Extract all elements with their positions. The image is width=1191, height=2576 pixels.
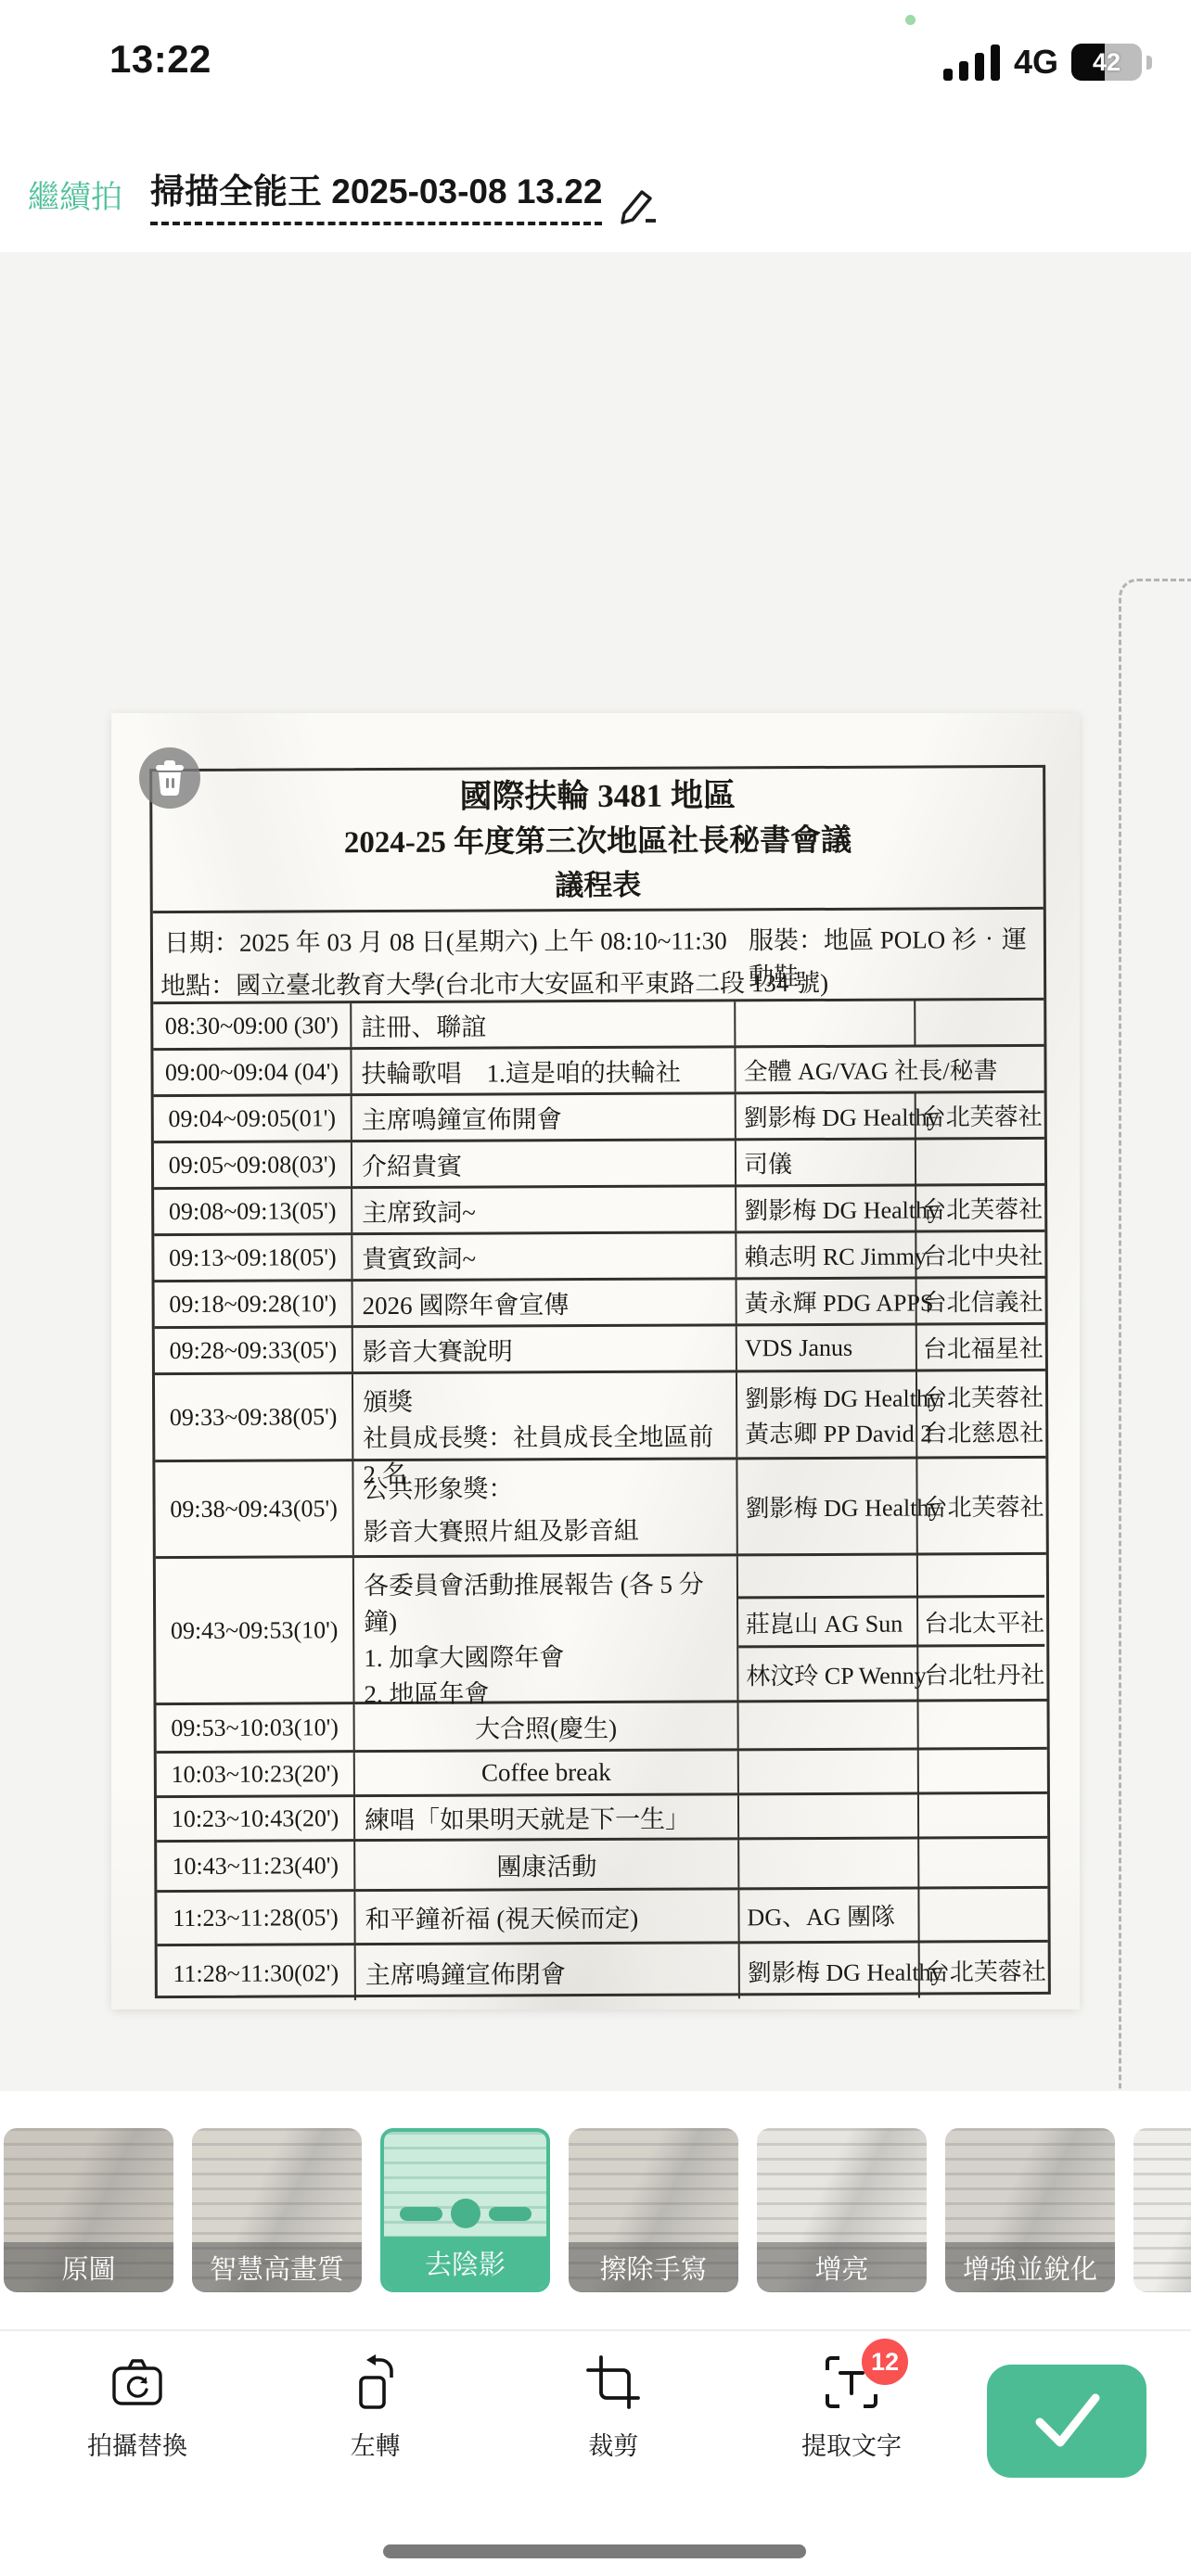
bottom-sheet: 原圖 智慧高畫質 去陰影 擦除手寫 增亮 增強並銳化	[0, 2091, 1191, 2576]
toolbar-label: 左轉	[351, 2426, 401, 2462]
club-cell: 台北芙蓉社	[920, 1943, 1052, 1998]
table-row: 09:53~10:03(10') 大合照(慶生)	[157, 1699, 1047, 1751]
app-header: 繼續拍 掃描全能王 2025-03-08 13.22	[28, 163, 1172, 224]
cell-line: 大合照(慶生)	[475, 1708, 617, 1745]
time-cell: 09:04~09:05(01')	[154, 1096, 352, 1141]
pencil-icon[interactable]	[617, 183, 660, 225]
activity-cell: 主席致詞~	[352, 1187, 736, 1232]
cell-line: 黃永輝 PDG APPS	[745, 1284, 908, 1320]
cell-line: 台北福星社	[923, 1330, 1044, 1365]
table-row: 10:23~10:43(20') 練唱「如果明天就是下一生」	[157, 1792, 1047, 1840]
time-cell: 09:33~09:38(05')	[155, 1374, 353, 1460]
camera-indicator-dot	[905, 15, 916, 25]
toolbar-item-retake[interactable]: 拍攝替換	[35, 2353, 239, 2462]
cell-line: 台北牡丹社	[924, 1655, 1044, 1690]
cell-line: 2026 國際年會宣傳	[363, 1283, 726, 1321]
document-viewer: 國際扶輪 3481 地區 2024-25 年度第三次地區社長秘書會議 議程表 日…	[0, 252, 1191, 2091]
time-cell: 09:38~09:43(05')	[155, 1461, 353, 1556]
cell-line: 註冊、聯誼	[361, 1005, 724, 1043]
person-cell	[736, 1001, 916, 1046]
person-club-stack: 莊崑山 AG Sun 台北太平社 林汶玲 CP Wenny 台北牡丹社	[738, 1555, 1045, 1700]
time-cell: 09:00~09:04 (04')	[153, 1050, 352, 1094]
camera-replace-icon	[109, 2353, 166, 2411]
cell-line: 台北芙蓉社	[922, 1191, 1043, 1226]
person-cell	[739, 1795, 919, 1838]
cell-line: 全體 AG/VAG 社長/秘書	[743, 1052, 1034, 1087]
location-line: 地點：國立臺北教育大學(台北市大安區和平東路二段 134 號)	[160, 963, 828, 1001]
club-cell: 台北信義社	[917, 1279, 1049, 1323]
person-cell: 司儀	[736, 1141, 916, 1185]
cell-line: 台北芙蓉社	[924, 1488, 1044, 1524]
toolbar-divider	[0, 2329, 1191, 2331]
signal-icon	[943, 44, 1001, 81]
activity-cell: 2026 國際年會宣傳	[353, 1280, 737, 1325]
cell-line: 莊崑山 AG Sun	[746, 1604, 903, 1639]
table-row: 09:08~09:13(05') 主席致詞~ 劉影梅 DG Healthy 台北…	[154, 1183, 1044, 1233]
time-cell: 10:43~11:23(40')	[157, 1842, 355, 1890]
cell-line: 練唱「如果明天就是下一生」	[365, 1798, 728, 1836]
check-icon	[1025, 2389, 1108, 2454]
agenda-title-line2: 2024-25 年度第三次地區社長秘書會議	[152, 818, 1043, 866]
shadow-slider-icon	[384, 2199, 546, 2228]
extract-text-icon: 12	[823, 2353, 880, 2411]
cell-line: 影音大賽說明	[363, 1330, 726, 1368]
toolbar-item-rotate-left[interactable]: 左轉	[274, 2353, 478, 2462]
time-cell: 09:43~09:53(10')	[156, 1558, 355, 1702]
club-cell: 台北芙蓉社 台北慈恩社	[917, 1371, 1049, 1457]
toolbar-label: 拍攝替換	[87, 2426, 187, 2462]
filter-label: 智慧高畫質	[192, 2242, 362, 2292]
person-cell: DG、AG 團隊	[739, 1890, 919, 1942]
rotate-left-icon	[347, 2353, 404, 2411]
person-cell: 劉影梅 DG Healthy	[737, 1460, 917, 1554]
table-row: 11:23~11:28(05') 和平鐘祈福 (視天候而定) DG、AG 團隊	[157, 1886, 1047, 1944]
cell-line: 介紹貴賓	[362, 1144, 725, 1182]
cell-line: 劉影梅 DG Healthy	[748, 1954, 911, 1989]
cell-line: 台北慈恩社	[923, 1414, 1044, 1449]
time-cell: 10:03~10:23(20')	[157, 1753, 355, 1795]
person-cell: 全體 AG/VAG 社長/秘書	[736, 1047, 1042, 1091]
club-cell	[916, 1140, 1044, 1184]
filter-item-smart-hd[interactable]: 智慧高畫質	[192, 2128, 362, 2292]
cell-line: 台北中央社	[922, 1237, 1043, 1272]
cell-line: Coffee break	[481, 1758, 611, 1788]
activity-cell: 團康活動	[355, 1840, 739, 1889]
time-cell: 09:53~10:03(10')	[157, 1704, 355, 1751]
document-title[interactable]: 掃描全能王 2025-03-08 13.22	[150, 163, 602, 225]
cell-line: 劉影梅 DG Healthy	[746, 1489, 909, 1524]
cell-line: 影音大賽照片組及影音組	[364, 1510, 727, 1548]
crop-icon	[584, 2353, 642, 2411]
toolbar: 拍攝替換 左轉 裁剪	[35, 2353, 954, 2462]
club-cell: 台北芙蓉社	[916, 1093, 1048, 1138]
activity-cell: Coffee break	[355, 1751, 739, 1794]
activity-cell: 練唱「如果明天就是下一生」	[355, 1795, 739, 1839]
table-row: 09:28~09:33(05') 影音大賽說明 VDS Janus 台北福星社	[155, 1322, 1045, 1372]
filter-label: 增亮	[757, 2242, 927, 2292]
agenda-table: 國際扶輪 3481 地區 2024-25 年度第三次地區社長秘書會議 議程表 日…	[149, 765, 1051, 1998]
table-row: 10:43~11:23(40') 團康活動	[157, 1836, 1047, 1890]
battery-percent: 42	[1071, 44, 1142, 81]
club-cell: 台北芙蓉社	[916, 1186, 1048, 1231]
activity-cell: 扶輪歌唱 1.這是咱的扶輪社	[352, 1048, 736, 1093]
cell-line: 頒獎	[363, 1380, 726, 1418]
table-row: 09:05~09:08(03') 介紹貴賓 司儀	[154, 1137, 1044, 1187]
club-cell	[919, 1702, 1047, 1748]
filter-label: 擦除手寫	[569, 2242, 738, 2292]
activity-cell: 主席鳴鐘宣佈開會	[352, 1094, 736, 1140]
table-row: 09:04~09:05(01') 主席鳴鐘宣佈開會 劉影梅 DG Healthy…	[154, 1090, 1044, 1141]
activity-cell: 和平鐘祈福 (視天候而定)	[355, 1890, 739, 1943]
table-row: 08:30~09:00 (30') 註冊、聯誼	[153, 998, 1044, 1048]
confirm-button[interactable]	[987, 2365, 1146, 2478]
date-line: 日期：2025 年 03 月 08 日(星期六) 上午 08:10~11:30	[164, 920, 727, 959]
activity-cell: 影音大賽說明	[353, 1326, 737, 1371]
activity-cell: 各委員會活動推展報告 (各 5 分鐘) 1. 加拿大國際年會 2. 地區年會	[354, 1556, 739, 1702]
cell-line: 台北芙蓉社	[923, 1379, 1044, 1414]
cell-line: 主席鳴鐘宣佈開會	[362, 1098, 725, 1136]
time-cell: 09:13~09:18(05')	[154, 1235, 352, 1280]
cell-line: 1. 加拿大國際年會	[364, 1636, 727, 1674]
table-row: 09:00~09:04 (04') 扶輪歌唱 1.這是咱的扶輪社 全體 AG/V…	[153, 1044, 1044, 1094]
table-row: 09:43~09:53(10') 各委員會活動推展報告 (各 5 分鐘) 1. …	[156, 1552, 1047, 1702]
activity-cell: 主席鳴鐘宣佈閉會	[356, 1944, 740, 2000]
time-cell: 09:08~09:13(05')	[154, 1189, 352, 1233]
toolbar-item-extract-text[interactable]: 12 提取文字	[749, 2353, 954, 2462]
person-cell	[739, 1751, 919, 1793]
network-type: 4G	[1014, 43, 1058, 82]
club-cell	[919, 1750, 1047, 1792]
filter-item-partial[interactable]	[1133, 2128, 1191, 2292]
person-cell: 劉影梅 DG Healthy	[740, 1944, 920, 1999]
club-cell	[918, 1555, 1044, 1596]
activity-cell: 公共形象獎： 影音大賽照片組及影音組	[353, 1460, 737, 1555]
person-cell: 林汶玲 CP Wenny	[738, 1648, 918, 1701]
cell-line: 主席鳴鐘宣佈閉會	[365, 1953, 729, 1991]
sub-row: 林汶玲 CP Wenny 台北牡丹社	[738, 1644, 1044, 1700]
club-cell	[919, 1794, 1047, 1837]
filter-item-remove-shadow[interactable]: 去陰影	[380, 2128, 550, 2292]
scanned-page[interactable]: 國際扶輪 3481 地區 2024-25 年度第三次地區社長秘書會議 議程表 日…	[111, 713, 1080, 2009]
continue-shoot-button[interactable]: 繼續拍	[28, 172, 122, 217]
table-row: 09:13~09:18(05') 貴賓致詞~ 賴志明 RC Jimmy 台北中央…	[154, 1230, 1044, 1280]
person-cell: 賴志明 RC Jimmy	[736, 1233, 916, 1278]
activity-cell: 頒獎 社員成長獎：社員成長全地區前 2 名	[353, 1372, 737, 1459]
cell-line: 主席致詞~	[362, 1191, 725, 1229]
club-cell: 台北牡丹社	[918, 1647, 1050, 1699]
cell-line: 和平鐘祈福 (視天候而定)	[365, 1897, 728, 1935]
cell-line: 台北芙蓉社	[922, 1098, 1043, 1133]
status-time: 13:22	[109, 37, 211, 82]
filter-label: 增強並銳化	[945, 2242, 1115, 2292]
sub-row	[738, 1555, 1044, 1597]
club-cell: 台北太平社	[918, 1598, 1050, 1645]
cell-line: 台北芙蓉社	[926, 1953, 1046, 1988]
table-row: 09:38~09:43(05') 公共形象獎： 影音大賽照片組及影音組 劉影梅 …	[155, 1456, 1045, 1556]
toolbar-label: 提取文字	[801, 2426, 902, 2462]
cell-line: 黃志卿 PP David 2	[745, 1415, 908, 1450]
next-page-placeholder	[1119, 579, 1191, 2147]
cell-line: 公共形象獎：	[363, 1467, 726, 1505]
person-cell	[738, 1556, 918, 1597]
trash-icon	[154, 760, 186, 796]
club-cell	[919, 1889, 1047, 1941]
time-cell: 09:05~09:08(03')	[154, 1142, 352, 1187]
person-cell: 黃永輝 PDG APPS	[737, 1280, 917, 1324]
activity-cell: 註冊、聯誼	[352, 1001, 736, 1047]
cell-line: DG、AG 團隊	[747, 1898, 910, 1933]
person-cell: 劉影梅 DG Healthy 黃志卿 PP David 2	[737, 1372, 917, 1458]
agenda-info-box: 日期：2025 年 03 月 08 日(星期六) 上午 08:10~11:30 …	[153, 907, 1044, 1001]
battery-icon: 42	[1071, 44, 1142, 81]
activity-cell: 大合照(慶生)	[355, 1702, 739, 1750]
activity-cell: 介紹貴賓	[352, 1141, 736, 1186]
table-row: 09:18~09:28(10') 2026 國際年會宣傳 黃永輝 PDG APP…	[155, 1276, 1045, 1326]
filter-label: 原圖	[4, 2242, 173, 2292]
activity-cell: 貴賓致詞~	[352, 1233, 736, 1279]
cell-line: 賴志明 RC Jimmy	[744, 1238, 907, 1273]
status-icons: 4G 42	[943, 43, 1152, 82]
document-title-wrap[interactable]: 掃描全能王 2025-03-08 13.22	[150, 163, 660, 225]
club-cell: 台北福星社	[917, 1325, 1049, 1370]
time-cell: 08:30~09:00 (30')	[153, 1003, 352, 1048]
filter-label: 去陰影	[384, 2237, 546, 2289]
cell-line: 林汶玲 CP Wenny	[746, 1656, 927, 1691]
time-cell: 10:23~10:43(20')	[157, 1797, 355, 1840]
battery-cap	[1146, 56, 1152, 70]
person-cell	[739, 1840, 919, 1888]
filter-item-enhance-sharpen[interactable]: 增強並銳化	[945, 2128, 1115, 2292]
cell-line: 各委員會活動推展報告 (各 5 分鐘)	[364, 1563, 727, 1638]
cell-line: 團康活動	[496, 1846, 596, 1882]
time-cell: 11:28~11:30(02')	[158, 1945, 356, 2001]
time-cell: 09:18~09:28(10')	[155, 1282, 353, 1326]
filter-item-erase-handwriting[interactable]: 擦除手寫	[569, 2128, 738, 2292]
table-row: 11:28~11:30(02') 主席鳴鐘宣佈閉會 劉影梅 DG Healthy…	[158, 1940, 1048, 2001]
delete-page-button[interactable]	[139, 747, 200, 809]
cell-line: 台北信義社	[923, 1283, 1044, 1319]
cell-line: 劉影梅 DG Healthy	[744, 1192, 907, 1227]
toolbar-item-crop[interactable]: 裁剪	[511, 2353, 715, 2462]
agenda-title-line3: 議程表	[153, 862, 1044, 909]
cell-line: 司儀	[744, 1145, 907, 1180]
club-cell	[919, 1839, 1047, 1887]
home-indicator[interactable]	[383, 2544, 806, 2558]
cell-line: 劉影梅 DG Healthy	[744, 1099, 907, 1134]
club-cell	[916, 1001, 1044, 1045]
cell-line: 劉影梅 DG Healthy	[745, 1380, 908, 1415]
person-cell: 莊崑山 AG Sun	[738, 1599, 918, 1646]
toolbar-label: 裁剪	[588, 2426, 638, 2462]
cell-line: 貴賓致詞~	[362, 1237, 725, 1275]
table-row: 10:03~10:23(20') Coffee break	[157, 1747, 1047, 1795]
table-row: 09:33~09:38(05') 頒獎 社員成長獎：社員成長全地區前 2 名 劉…	[155, 1369, 1045, 1460]
person-cell	[739, 1702, 919, 1749]
agenda-title-line1: 國際扶輪 3481 地區	[152, 772, 1043, 822]
cell-line: 台北太平社	[924, 1604, 1044, 1639]
time-cell: 11:23~11:28(05')	[157, 1892, 355, 1944]
filter-item-original[interactable]: 原圖	[4, 2128, 173, 2292]
club-cell: 台北芙蓉社	[917, 1459, 1049, 1553]
cell-line: VDS Janus	[745, 1333, 908, 1362]
agenda-heading: 國際扶輪 3481 地區 2024-25 年度第三次地區社長秘書會議 議程表	[152, 768, 1044, 911]
cell-line: 扶輪歌唱 1.這是咱的扶輪社	[361, 1052, 724, 1090]
sub-row: 莊崑山 AG Sun 台北太平社	[738, 1595, 1044, 1645]
time-cell: 09:28~09:33(05')	[155, 1328, 353, 1372]
club-cell: 台北中央社	[916, 1232, 1048, 1277]
person-cell: VDS Janus	[737, 1326, 917, 1371]
person-cell: 劉影梅 DG Healthy	[736, 1187, 916, 1231]
filter-item-brighten[interactable]: 增亮	[757, 2128, 927, 2292]
filter-bar: 原圖 智慧高畫質 去陰影 擦除手寫 增亮 增強並銳化	[4, 2128, 1191, 2292]
ocr-badge: 12	[862, 2339, 908, 2385]
person-cell: 劉影梅 DG Healthy	[736, 1094, 916, 1139]
